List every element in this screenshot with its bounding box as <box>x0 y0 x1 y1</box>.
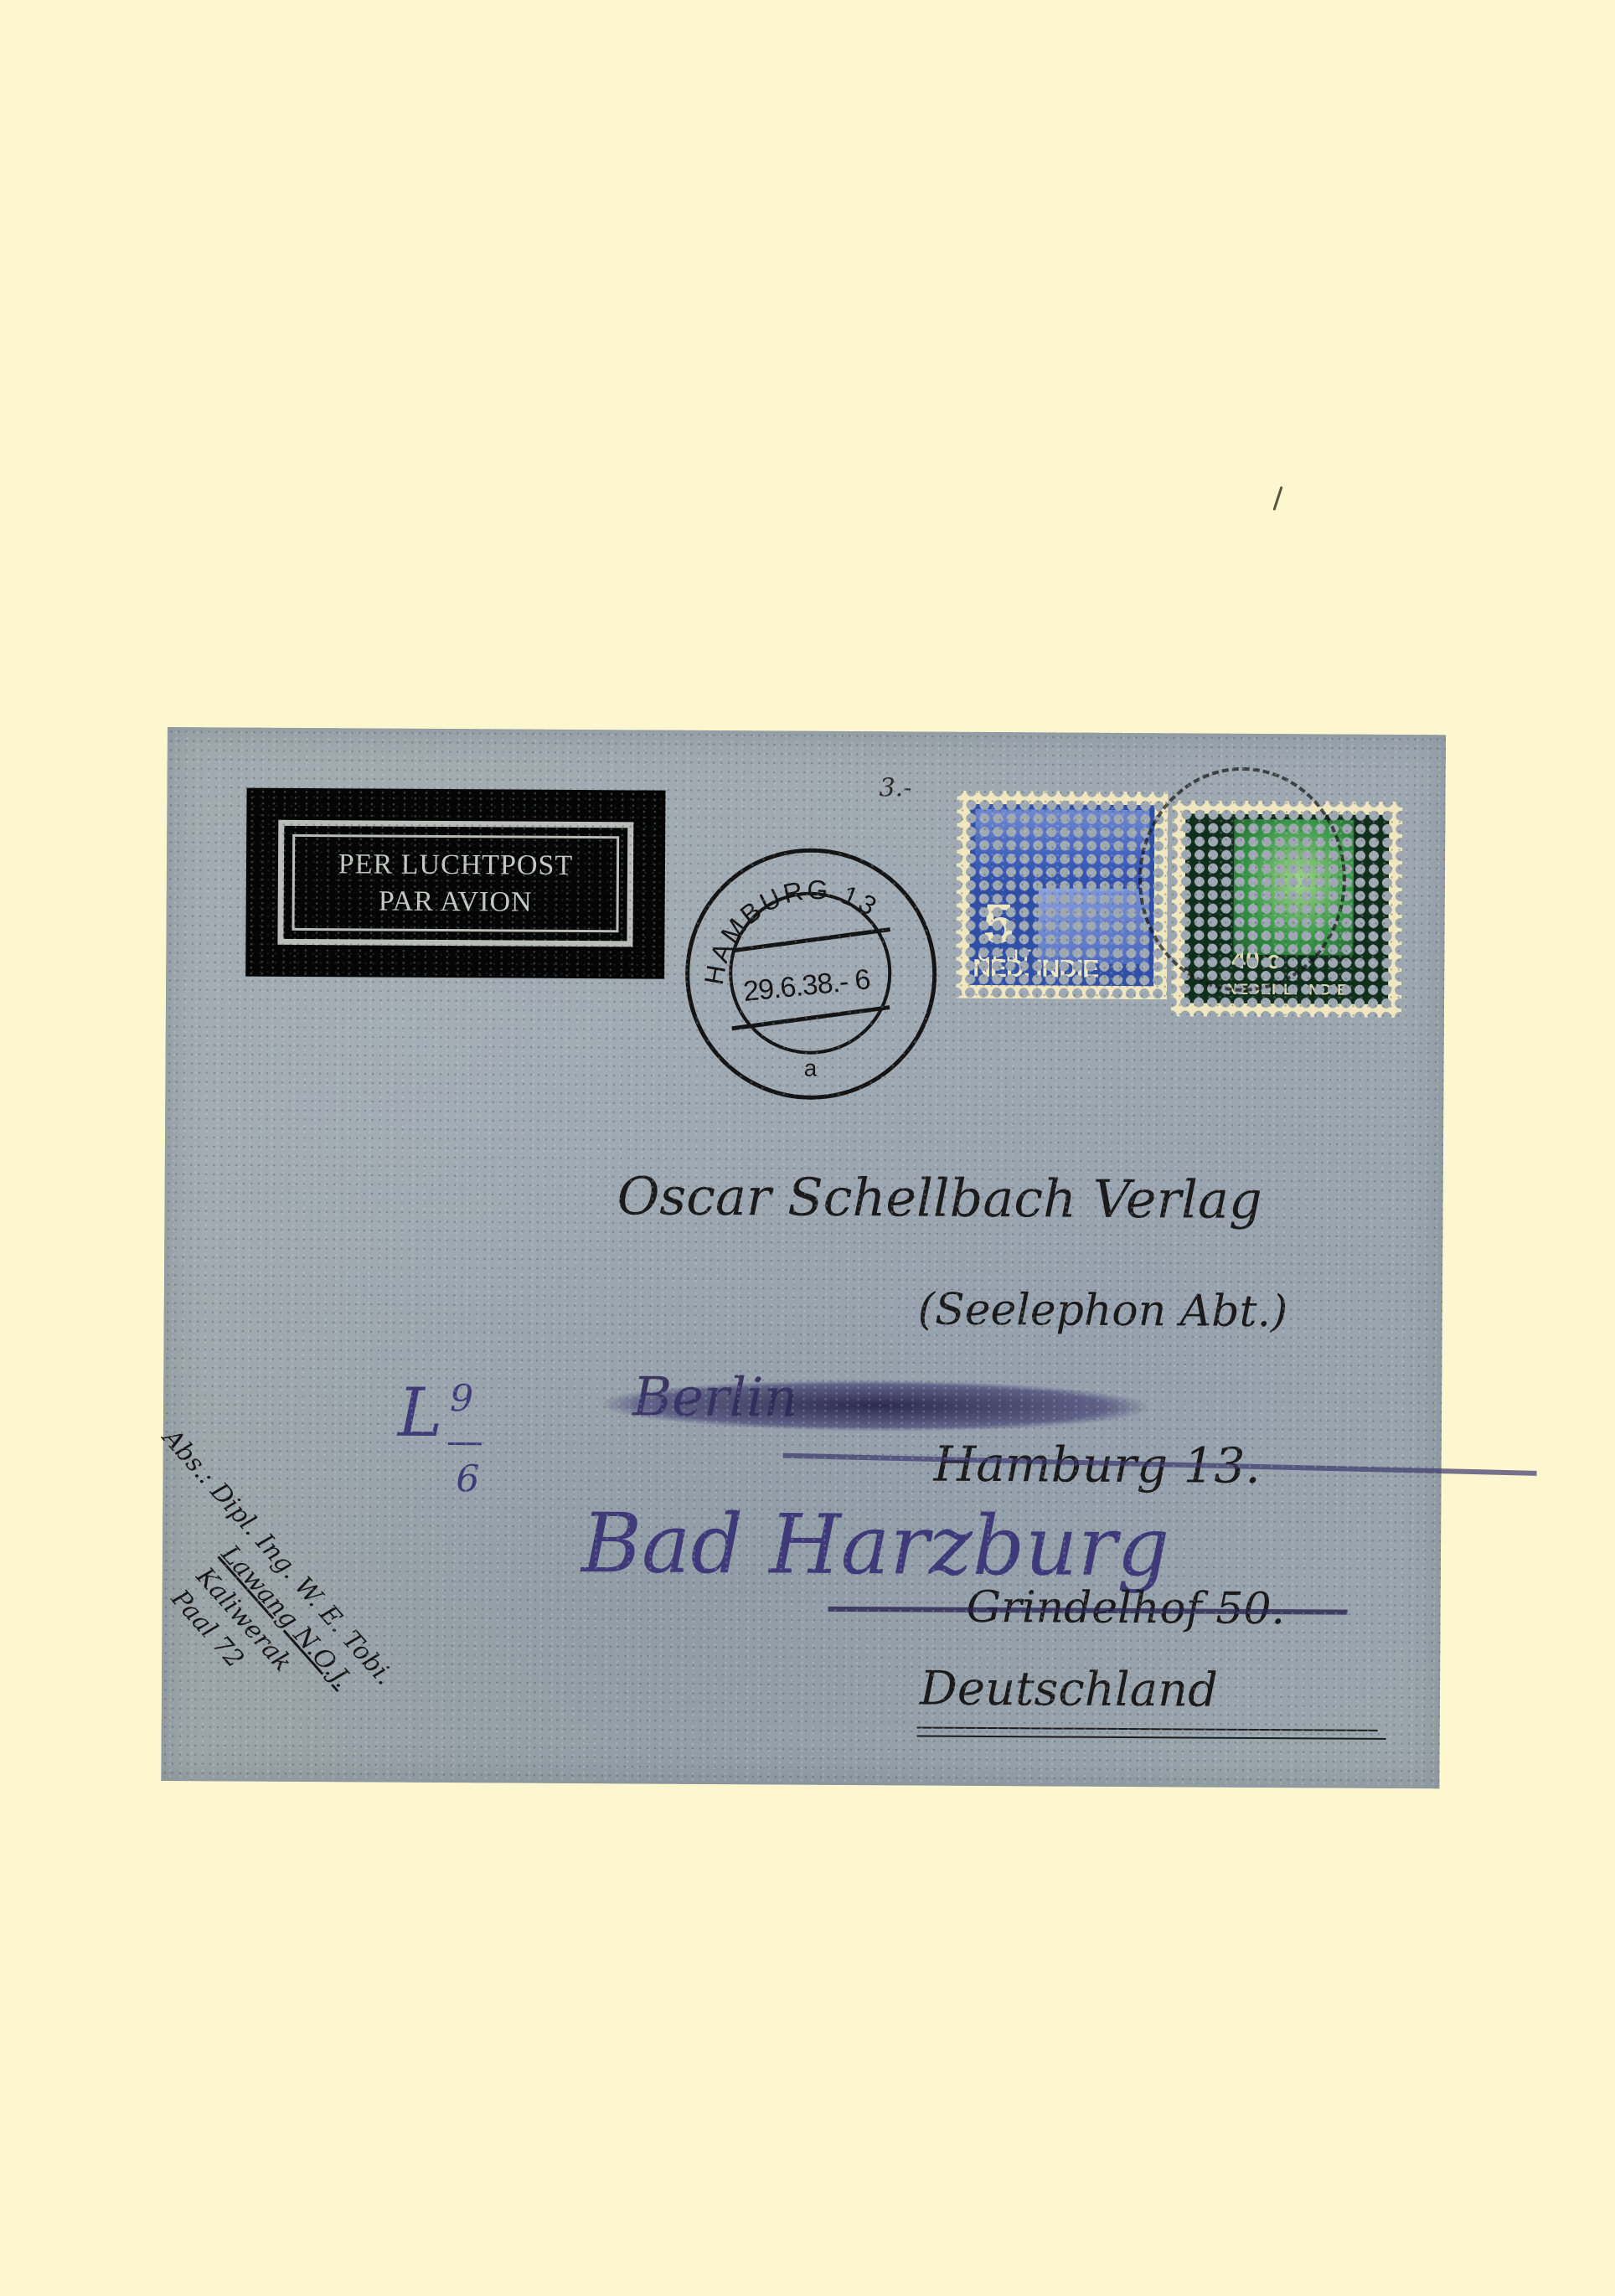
underline <box>917 1726 1378 1731</box>
postmark-hamburg: HAMBURG 13 29.6.38.- 6 a <box>684 848 937 1101</box>
stamp-country: NED. INDIE <box>973 955 1098 984</box>
scribble-strikeout <box>603 1379 1148 1432</box>
recipient-redirect: Bad Harzburg <box>581 1496 1170 1595</box>
corner-note: 3.- <box>879 773 911 802</box>
underline <box>917 1735 1386 1739</box>
recipient-line-2: (Seelephon Abt.) <box>918 1284 1288 1337</box>
stamp-landscape-image <box>975 809 1150 894</box>
registration-mark: L 9 6 <box>398 1374 443 1452</box>
recipient-country: Deutschland <box>920 1662 1218 1718</box>
recipient-line-1: Oscar Schellbach Verlag <box>617 1165 1262 1231</box>
stamp-5-cent: 5 CENT NED. INDIE <box>956 791 1169 1000</box>
sender-address: Abs.: Dipl. Ing. W. E. Tobi. Lawang N.O.… <box>80 1422 400 1759</box>
cancel-postmark <box>1138 766 1347 993</box>
airmail-label: PER LUCHTPOST PAR AVION <box>245 788 665 979</box>
stamp-value: 5 <box>983 891 1014 955</box>
postmark-suffix: a <box>689 1055 931 1083</box>
pencil-mark <box>1272 486 1282 510</box>
airmail-label-frame: PER LUCHTPOST PAR AVION <box>277 820 633 947</box>
airmail-line-2: PAR AVION <box>379 883 533 921</box>
airmail-line-1: PER LUCHTPOST <box>338 846 574 885</box>
envelope: PER LUCHTPOST PAR AVION 3.- HAMBURG 13 2… <box>161 727 1446 1788</box>
